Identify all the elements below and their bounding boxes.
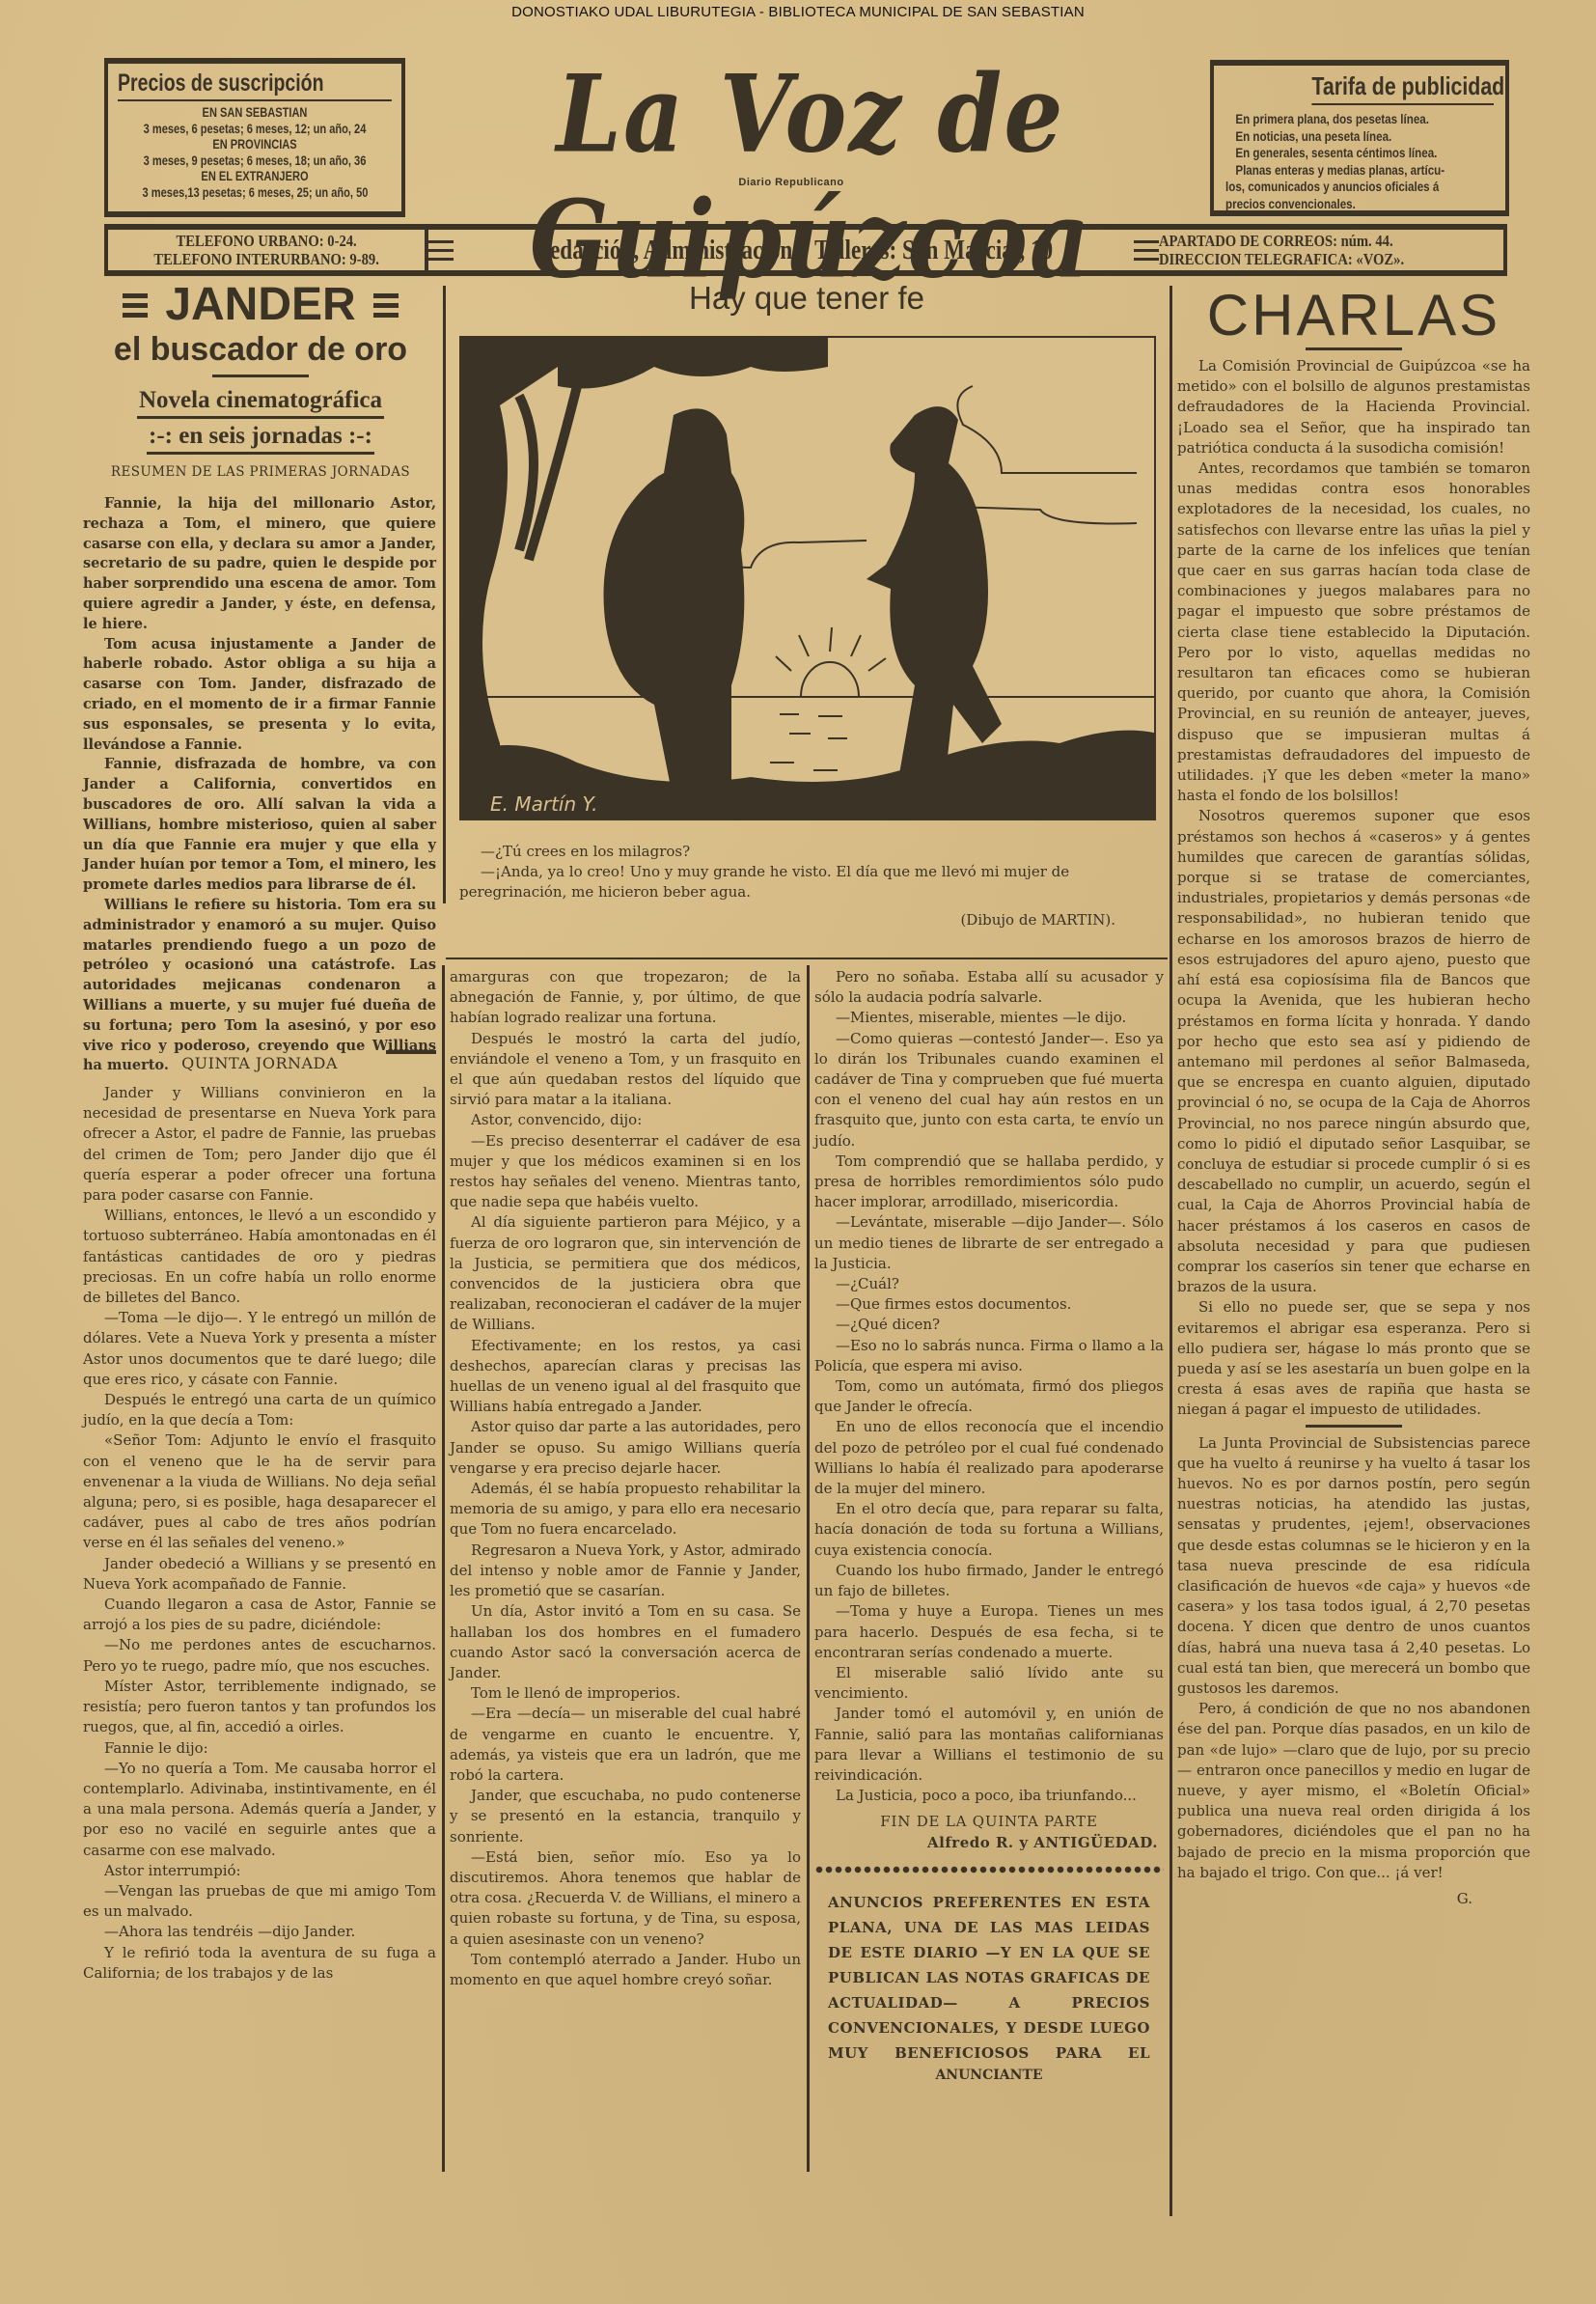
story-paragraph: Fannie le dijo: bbox=[83, 1738, 436, 1759]
story-paragraph: Astor, convencido, dijo: bbox=[450, 1110, 801, 1130]
phone-urban: TELEFONO URBANO: 0-24. bbox=[130, 232, 402, 250]
story-paragraph: —Como quieras —contestó Jander—. Eso ya … bbox=[814, 1029, 1164, 1152]
story-paragraph: Míster Astor, terriblemente indignado, s… bbox=[83, 1677, 436, 1738]
story-paragraph: Además, él se había propuesto rehabilita… bbox=[450, 1479, 801, 1541]
address-block: Redacción, Administración y Talleres: Sa… bbox=[428, 230, 1158, 270]
story-paragraph: —Levántate, miserable —dijo Jander—. Sól… bbox=[814, 1212, 1164, 1274]
subscription-line: EN EL EXTRANJERO bbox=[143, 169, 368, 185]
story-column-3: Pero no soñaba. Estaba allí su acusador … bbox=[814, 967, 1164, 2086]
story-paragraph: Astor quiso dar parte a las autoridades,… bbox=[450, 1417, 801, 1479]
subscription-line: 3 meses, 9 pesetas; 6 meses, 18; un año,… bbox=[143, 153, 368, 170]
subscription-prices-box: Precios de suscripción EN SAN SEBASTIAN … bbox=[104, 58, 405, 217]
story-paragraph: Tom le llenó de improperios. bbox=[450, 1683, 801, 1704]
column-rule bbox=[807, 965, 810, 2172]
story-column-2: amarguras con que tropezaron; de la abne… bbox=[450, 967, 801, 1990]
story-paragraph: Tom comprendió que se hallaba perdido, y… bbox=[814, 1152, 1164, 1213]
story-paragraph: Willians, entonces, le llevó a un escond… bbox=[83, 1206, 436, 1308]
story-paragraph: Después le mostró la carta del judío, en… bbox=[450, 1029, 801, 1111]
jander-title-row: JANDER bbox=[81, 280, 440, 330]
serial-subtitle: el buscador de oro bbox=[81, 330, 440, 369]
story-paragraph: —Toma y huye a Europa. Tienes un mes par… bbox=[814, 1601, 1164, 1663]
story-paragraph: Jander, que escuchaba, no pudo conteners… bbox=[450, 1786, 801, 1847]
divider bbox=[212, 375, 309, 377]
story-paragraph: —¿Cuál? bbox=[814, 1274, 1164, 1294]
triple-bar-ornament-icon bbox=[123, 293, 148, 318]
advertisement-text: ANUNCIOS PREFERENTES EN ESTA PLANA, UNA … bbox=[828, 1890, 1150, 2066]
story-paragraph: —Ahora las tendréis —dijo Jander. bbox=[83, 1922, 436, 1942]
story-paragraph: Jander tomó el automóvil y, en unión de … bbox=[814, 1704, 1164, 1786]
cartoon-block: Hay que tener fe bbox=[450, 280, 1164, 930]
advertising-line: los, comunicados y anuncios oficiales á bbox=[1225, 179, 1456, 196]
summary-paragraph: Fannie, disfrazada de hombre, va con Jan… bbox=[83, 755, 436, 896]
story-paragraph: —Es preciso desenterrar el cadáver de es… bbox=[450, 1131, 801, 1213]
contact-info-bar: TELEFONO URBANO: 0-24. TELEFONO INTERURB… bbox=[104, 224, 1507, 276]
summary-paragraph: Tom acusa injustamente a Jander de haber… bbox=[83, 635, 436, 756]
chapter-heading-block: QUINTA JORNADA bbox=[83, 1050, 436, 1072]
cartoon-caption: —¿Tú crees en los milagros? —¡Anda, ya l… bbox=[459, 842, 1154, 930]
divider bbox=[1306, 1425, 1402, 1428]
story-paragraph: —Que firmes estos documentos. bbox=[814, 1294, 1164, 1315]
story-paragraph: Al día siguiente partieron para Méjico, … bbox=[450, 1212, 801, 1335]
svg-text:E. Martín Y.: E. Martín Y. bbox=[490, 792, 598, 816]
telegraph-address: DIRECCION TELEGRAFICA: «VOZ». bbox=[1159, 250, 1455, 268]
charlas-title: CHARLAS bbox=[1177, 286, 1530, 346]
story-paragraph: —Era —decía— un miserable del cual habré… bbox=[450, 1704, 801, 1786]
column-rule bbox=[443, 286, 446, 903]
charlas-signature: G. bbox=[1177, 1889, 1530, 1909]
office-address: Redacción, Administración y Talleres: Sa… bbox=[534, 235, 1053, 266]
advertising-rates-box: Tarifa de publicidad En primera plana, d… bbox=[1210, 60, 1509, 216]
subscription-line: 3 meses, 6 pesetas; 6 meses, 12; un año,… bbox=[143, 122, 368, 138]
story-paragraph: El miserable salió lívido ante su vencim… bbox=[814, 1663, 1164, 1704]
end-of-part: FIN DE LA QUINTA PARTE bbox=[814, 1812, 1164, 1832]
charlas-paragraph: Antes, recordamos que también se tomaron… bbox=[1177, 458, 1530, 806]
po-box: APARTADO DE CORREOS: núm. 44. bbox=[1159, 232, 1455, 250]
silhouette-drawing-icon: E. Martín Y. bbox=[461, 338, 1156, 820]
wavy-divider bbox=[814, 1865, 1164, 1874]
cartoon-illustration: E. Martín Y. bbox=[459, 336, 1156, 820]
story-paragraph: —Eso no lo sabrás nunca. Firma o llamo a… bbox=[814, 1336, 1164, 1376]
chapter-heading: QUINTA JORNADA bbox=[83, 1054, 436, 1072]
story-paragraph: Regresaron a Nueva York, y Astor, admira… bbox=[450, 1541, 801, 1602]
divider bbox=[1306, 347, 1402, 350]
column-rule bbox=[1169, 286, 1172, 2216]
story-paragraph: En el otro decía que, para reparar su fa… bbox=[814, 1499, 1164, 1561]
story-paragraph: Después le entregó una carta de un quími… bbox=[83, 1390, 436, 1430]
phone-numbers: TELEFONO URBANO: 0-24. TELEFONO INTERURB… bbox=[108, 230, 428, 270]
newspaper-subtitle: Diario Republicano bbox=[675, 177, 907, 188]
story-paragraph: Jander obedeció a Willians y se presentó… bbox=[83, 1554, 436, 1595]
cartoon-credit: (Dibujo de MARTIN). bbox=[459, 910, 1154, 930]
charlas-body: La Comisión Provincial de Guipúzcoa «se … bbox=[1177, 356, 1530, 1909]
charlas-paragraph: Pero, á condición de que no nos abandone… bbox=[1177, 1699, 1530, 1883]
caption-line: —¿Tú crees en los milagros? bbox=[459, 842, 1154, 862]
story-paragraph: Tom contempló aterrado a Jander. Hubo un… bbox=[450, 1950, 801, 1990]
archive-header: DONOSTIAKO UDAL LIBURUTEGIA - BIBLIOTECA… bbox=[0, 4, 1596, 20]
subscription-line: EN PROVINCIAS bbox=[143, 137, 368, 153]
story-paragraph: Y le refirió toda la aventura de su fuga… bbox=[83, 1943, 436, 1984]
advertisement-box: ANUNCIOS PREFERENTES EN ESTA PLANA, UNA … bbox=[814, 1890, 1164, 2086]
charlas-paragraph: La Junta Provincial de Subsistencias par… bbox=[1177, 1433, 1530, 1700]
summary-heading: RESUMEN DE LAS PRIMERAS JORNADAS bbox=[81, 464, 440, 480]
triple-bar-ornament-icon bbox=[373, 293, 399, 318]
postal-info: APARTADO DE CORREOS: núm. 44. DIRECCION … bbox=[1159, 230, 1503, 270]
jander-header: JANDER el buscador de oro Novela cinemat… bbox=[81, 280, 440, 480]
advertising-line: precios convencionales. bbox=[1225, 196, 1456, 213]
charlas-paragraph: Nosotros queremos suponer que esos prést… bbox=[1177, 806, 1530, 1297]
ornament-dashes-icon bbox=[1134, 240, 1159, 261]
advertisement-last-line: ANUNCIANTE bbox=[828, 2066, 1150, 2086]
story-paragraph: amarguras con que tropezaron; de la abne… bbox=[450, 967, 801, 1029]
story-column-1: Jander y Willians convinieron en la nece… bbox=[83, 1083, 436, 1984]
advertising-line: En noticias, una peseta línea. bbox=[1225, 128, 1456, 146]
subscription-line: 3 meses,13 pesetas; 6 meses, 25; un año,… bbox=[143, 185, 368, 202]
summary-text: Fannie, la hija del millonario Astor, re… bbox=[83, 494, 436, 1076]
story-paragraph: —Toma —le dijo—. Y le entregó un millón … bbox=[83, 1308, 436, 1390]
story-paragraph: —No me perdones antes de escucharnos. Pe… bbox=[83, 1635, 436, 1676]
story-paragraph: —¿Qué dicen? bbox=[814, 1315, 1164, 1335]
advertising-line: En primera plana, dos pesetas línea. bbox=[1225, 111, 1456, 128]
story-paragraph: —Yo no quería a Tom. Me causaba horror e… bbox=[83, 1759, 436, 1861]
story-paragraph: —Vengan las pruebas de que mi amigo Tom … bbox=[83, 1881, 436, 1922]
serial-author: Alfredo R. y ANTIGÜEDAD. bbox=[814, 1833, 1164, 1853]
serial-title: JANDER bbox=[165, 280, 355, 330]
charlas-column: CHARLAS La Comisión Provincial de Guipúz… bbox=[1177, 286, 1530, 1909]
serial-parts: :-: en seis jornadas :-: bbox=[147, 423, 374, 455]
story-paragraph: La Justicia, poco a poco, iba triunfando… bbox=[814, 1786, 1164, 1806]
advertising-line: Planas enteras y medias planas, artícu- bbox=[1225, 162, 1456, 180]
phone-interurban: TELEFONO INTERURBANO: 9-89. bbox=[130, 250, 402, 268]
story-paragraph: Cuando llegaron a casa de Astor, Fannie … bbox=[83, 1595, 436, 1635]
advertising-line: En generales, sesenta céntimos línea. bbox=[1225, 145, 1456, 162]
story-paragraph: En uno de ellos reconocía que el incendi… bbox=[814, 1417, 1164, 1499]
advertising-title: Tarifa de publicidad bbox=[1311, 71, 1494, 105]
charlas-paragraph: La Comisión Provincial de Guipúzcoa «se … bbox=[1177, 356, 1530, 458]
story-paragraph: Tom, como un autómata, firmó dos pliegos… bbox=[814, 1376, 1164, 1417]
story-paragraph: Astor interrumpió: bbox=[83, 1861, 436, 1881]
caption-line: —¡Anda, ya lo creo! Uno y muy grande he … bbox=[459, 862, 1154, 902]
story-paragraph: Pero no soñaba. Estaba allí su acusador … bbox=[814, 967, 1164, 1008]
story-paragraph: Jander y Willians convinieron en la nece… bbox=[83, 1083, 436, 1206]
charlas-paragraph: Si ello no puede ser, que se sepa y nos … bbox=[1177, 1297, 1530, 1420]
story-paragraph: Cuando los hubo firmado, Jander le entre… bbox=[814, 1561, 1164, 1601]
story-paragraph: «Señor Tom: Adjunto le envío el frasquit… bbox=[83, 1430, 436, 1553]
subscription-line: EN SAN SEBASTIAN bbox=[143, 105, 368, 122]
summary-paragraph: Fannie, la hija del millonario Astor, re… bbox=[83, 494, 436, 635]
ornament-dashes-icon bbox=[428, 240, 454, 261]
story-paragraph: Efectivamente; en los restos, ya casi de… bbox=[450, 1336, 801, 1418]
story-paragraph: —Está bien, señor mío. Eso ya lo discuti… bbox=[450, 1847, 801, 1950]
section-rule bbox=[446, 958, 1168, 959]
cartoon-title: Hay que tener fe bbox=[450, 280, 1164, 317]
story-paragraph: Un día, Astor invitó a Tom en su casa. S… bbox=[450, 1601, 801, 1683]
serial-genre: Novela cinematográfica bbox=[137, 387, 384, 419]
column-rule bbox=[442, 965, 445, 2172]
story-paragraph: —Mientes, miserable, mientes —le dijo. bbox=[814, 1008, 1164, 1028]
subscription-title: Precios de suscripción bbox=[118, 69, 392, 101]
